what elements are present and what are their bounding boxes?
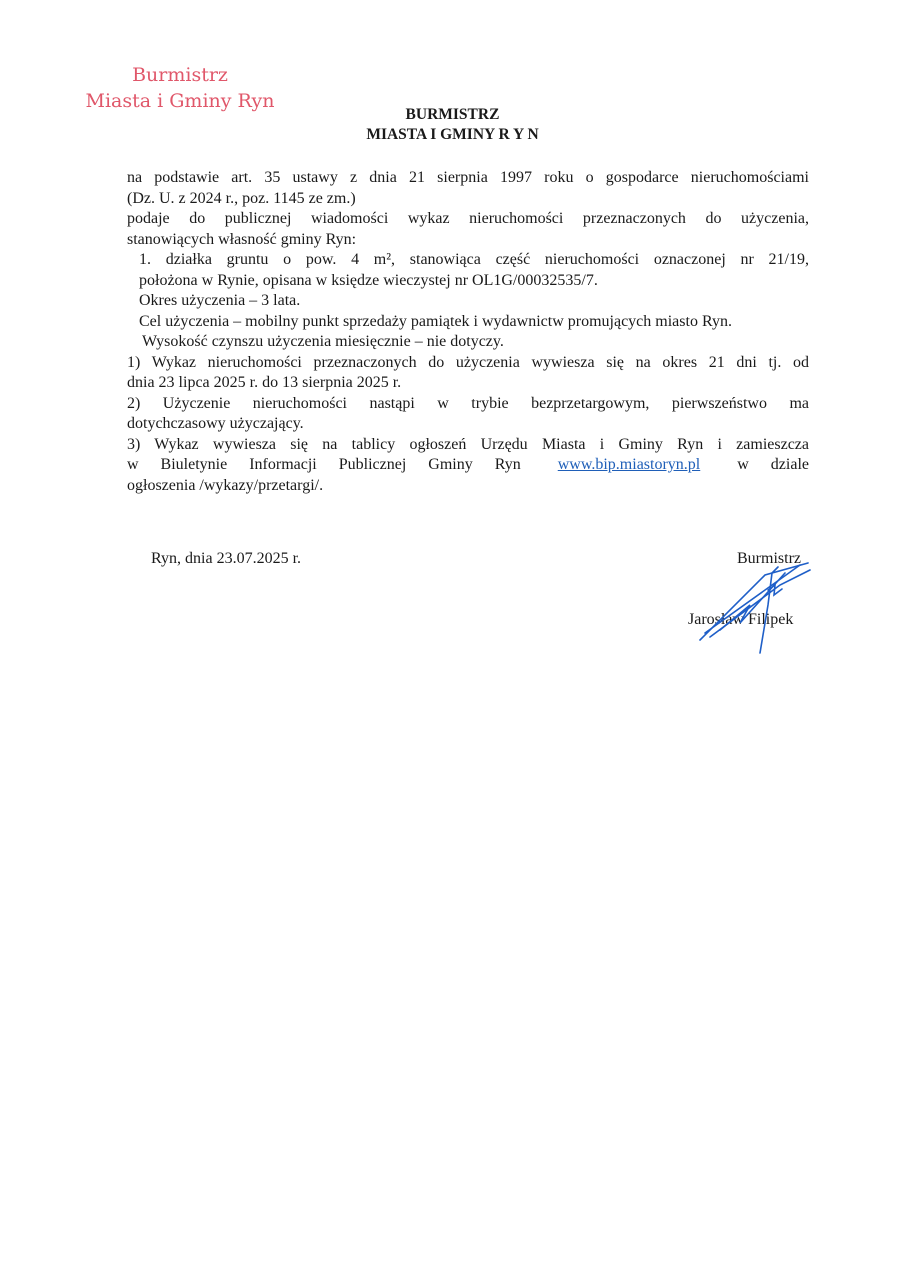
point-1-line-1: 1) Wykaz nieruchomości przeznaczonych do…: [127, 353, 809, 374]
intro-line-1: na podstawie art. 35 ustawy z dnia 21 si…: [127, 168, 809, 189]
intro-line-2: (Dz. U. z 2024 r., poz. 1145 ze zm.): [127, 189, 809, 210]
point-1-line-2: dnia 23 lipca 2025 r. do 13 sierpnia 202…: [127, 373, 809, 394]
heading-line-1: BURMISTRZ: [0, 105, 905, 125]
item-1-line-1: 1. działka gruntu o pow. 4 m², stanowiąc…: [127, 250, 809, 271]
item-1-rent: Wysokość czynszu użyczenia miesięcznie –…: [127, 332, 809, 353]
document-date: Ryn, dnia 23.07.2025 r.: [151, 550, 301, 568]
stamp-line-1: Burmistrz: [72, 62, 288, 88]
bip-link[interactable]: www.bip.miastoryn.pl: [558, 455, 701, 476]
point-2-line-2: dotychczasowy użyczający.: [127, 414, 809, 435]
item-1-purpose: Cel użyczenia – mobilny punkt sprzedaży …: [127, 312, 809, 333]
point-3-text-after: w dziale: [737, 455, 809, 476]
intro-line-4: stanowiących własność gminy Ryn:: [127, 230, 809, 251]
intro-line-3: podaje do publicznej wiadomości wykaz ni…: [127, 209, 809, 230]
point-3-text-before: w Biuletynie Informacji Publicznej Gminy…: [127, 455, 521, 476]
document-heading: BURMISTRZ MIASTA I GMINY R Y N: [0, 105, 905, 145]
point-2-line-1: 2) Użyczenie nieruchomości nastąpi w try…: [127, 394, 809, 415]
heading-line-2: MIASTA I GMINY R Y N: [0, 125, 905, 145]
item-1-line-2: położona w Rynie, opisana w księdze wiec…: [127, 271, 809, 292]
point-3-line-1: 3) Wykaz wywiesza się na tablicy ogłosze…: [127, 435, 809, 456]
handwritten-signature-icon: [690, 545, 820, 660]
item-1-period: Okres użyczenia – 3 lata.: [127, 291, 809, 312]
point-3-line-3: ogłoszenia /wykazy/przetargi/.: [127, 476, 809, 497]
document-body: na podstawie art. 35 ustawy z dnia 21 si…: [127, 168, 809, 496]
point-3-line-2: w Biuletynie Informacji Publicznej Gminy…: [127, 455, 809, 476]
